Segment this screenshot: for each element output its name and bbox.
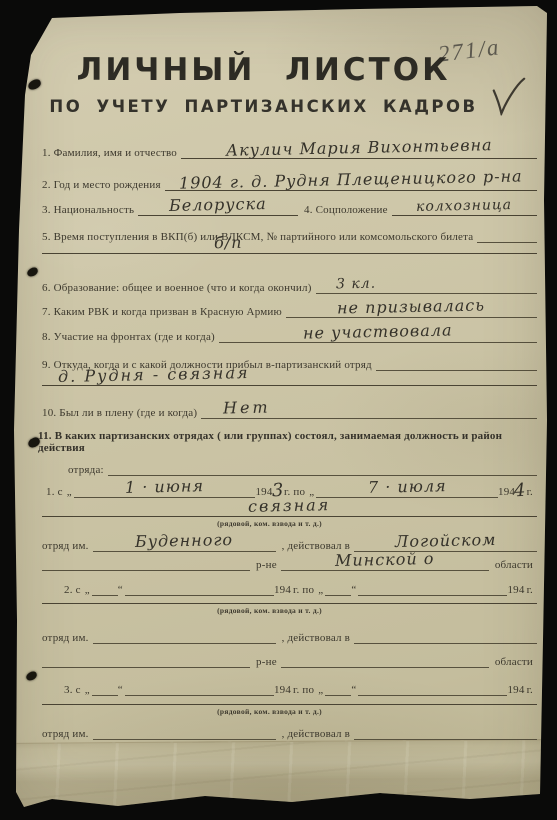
field-4-value: колхозница [416,197,512,215]
entry-2-oblast-row: р-не области [42,650,537,668]
field-11-otryada-row: отряда: [68,458,537,476]
field-8-value: не участвовала [303,320,453,342]
field-6-row: 6. Образование: общее и военное (что и к… [42,276,537,294]
entry-1-otryad-line: Буденного [93,531,276,552]
entry-3-acted-line [354,721,537,740]
entry-3-position-caption: (рядовой, ком. взвода и т. д.) [42,707,497,716]
entry-1-position-value: связная [248,495,331,516]
field-1-line: Акулич Мария Вихонтьевна [181,138,537,159]
field-2-label: 2. Год и место рождения [42,179,165,191]
entry-1-position-caption: (рядовой, ком. взвода и т. д.) [42,519,497,528]
entry-2-position-row [42,588,537,604]
rne-label: р-не [250,559,281,571]
entry-1-acted-value: Логойском [395,530,497,551]
field-3-4-row: 3. Национальность Белоруска 4. Соцположе… [42,198,537,216]
entry-1-from-value: 1 · июня [125,476,204,497]
entry-1-position-line: связная [42,496,537,517]
entry-2-position-line [42,585,537,604]
field-9-continuation-line: д. Рудня - связная [42,365,537,386]
field-4-line: колхозница [392,197,537,216]
field-6-line: 3 кл. [316,275,537,294]
field-9-continuation-row: д. Рудня - связная [42,366,537,386]
field-11-label: 11. В каких партизанских отрядах ( или г… [38,430,537,454]
field-1-row: 1. Фамилия, имя и отчество Акулич Мария … [42,141,537,159]
entry-1-to-value: 7 · июля [368,476,447,497]
entry-2-otryad-line [93,625,276,644]
field-7-value: не призывалась [337,295,485,317]
field-1-label: 1. Фамилия, имя и отчество [42,147,181,159]
field-3-label: 3. Национальность [42,204,138,216]
entry-3-otryad-line [93,721,276,740]
scanned-document: 271/а ЛИЧНЫЙ ЛИСТОК ПО УЧЕТУ ПАРТИЗАНСКИ… [0,0,557,820]
entry-2-oblast-line [281,649,489,668]
field-7-row: 7. Каким РВК и когда призван в Красную А… [42,300,537,318]
field-8-label: 8. Участие на фронтах (где и когда) [42,331,219,343]
acted-label: , действовал в [276,728,354,740]
field-10-label: 10. Был ли в плену (где и когда) [42,407,201,419]
form-title: ЛИЧНЫЙ ЛИСТОК [0,52,527,88]
field-10-line: Нет [201,398,537,419]
field-2-row: 2. Год и место рождения 1904 г. д. Рудня… [42,173,537,191]
entry-1-rne-line [42,570,250,571]
field-3-line: Белоруска [138,195,298,216]
field-5-continuation-line: б/п [42,233,537,254]
field-4-label: 4. Соцположение [298,204,392,216]
field-6-label: 6. Образование: общее и военное (что и к… [42,282,316,294]
entry-2-position-caption: (рядовой, ком. взвода и т. д.) [42,606,497,615]
oblast-label: области [489,656,537,668]
entry-1-oblast-line: Минской о [281,550,489,571]
paper-crease-texture [0,739,557,814]
entry-1-to-line: 7 · июля [316,477,498,498]
document-page: 271/а ЛИЧНЫЙ ЛИСТОК ПО УЧЕТУ ПАРТИЗАНСКИ… [0,0,557,820]
otryad-label: отряд им. [42,540,93,552]
entry-2-rne-line [42,667,250,668]
entry-1-position-row: связная [42,500,537,517]
field-8-line: не участвовала [219,322,537,343]
entry-3-position-line [42,686,537,705]
otryad-label: отряд им. [42,728,93,740]
field-10-value: Нет [223,398,271,418]
field-5-continuation-row: б/п [42,234,537,254]
entry-1-oblast-value: Минской о [335,549,435,570]
field-5-value: б/п [214,233,243,253]
entry-1-otryad-value: Буденного [135,530,233,551]
field-10-row: 10. Был ли в плену (где и когда) Нет [42,401,537,419]
oblast-label: области [489,559,537,571]
field-7-label: 7. Каким РВК и когда призван в Красную А… [42,306,286,318]
field-1-value: Акулич Мария Вихонтьевна [226,135,493,160]
otryad-label: отряд им. [42,632,93,644]
field-8-row: 8. Участие на фронтах (где и когда) не у… [42,325,537,343]
field-11-otryada-label: отряда: [68,464,108,476]
entry-3-position-row [42,690,537,705]
field-2-line: 1904 г. д. Рудня Плещеницкого р-на [165,170,537,191]
entry-2-otryad-row: отряд им. , действовал в [42,626,537,644]
field-3-value: Белоруска [169,194,267,215]
entry-2-acted-line [354,625,537,644]
entry-3-otryad-row: отряд им. , действовал в [42,722,537,740]
field-9-value: д. Рудня - связная [58,363,250,386]
form-subtitle: ПО УЧЕТУ ПАРТИЗАНСКИХ КАДРОВ [0,97,527,116]
field-7-line: не призывалась [286,297,537,318]
field-6-value: 3 кл. [335,276,375,293]
entry-1-oblast-row: р-не Минской о области [42,553,537,571]
hole-punch-mark [25,670,38,681]
hole-punch-mark [26,266,39,277]
field-2-value: 1904 г. д. Рудня Плещеницкого р-на [179,166,523,192]
rne-label: р-не [250,656,281,668]
entry-1-from-line: 1 · июня [74,477,256,498]
acted-label: , действовал в [276,632,354,644]
entry-1-acted-line: Логойском [354,531,537,552]
